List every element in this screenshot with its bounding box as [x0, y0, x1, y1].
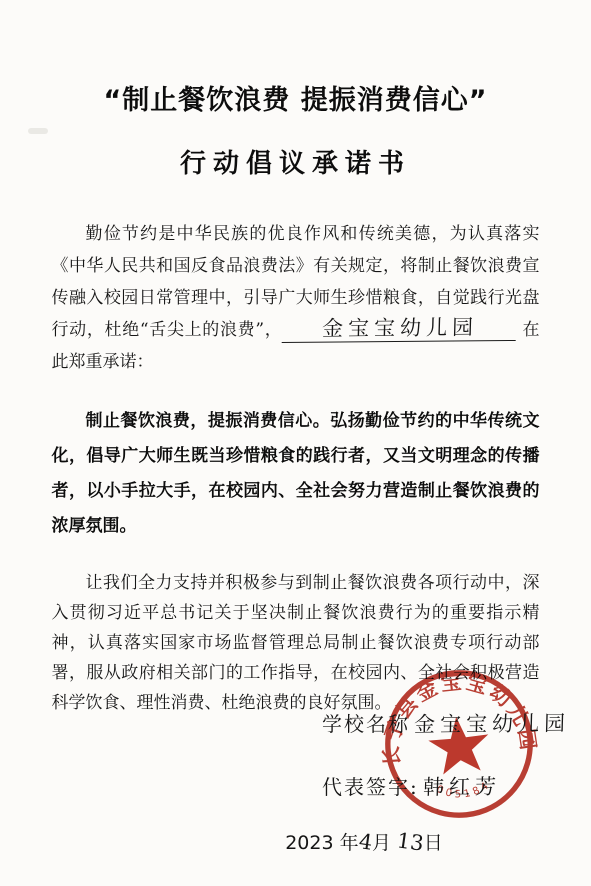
date-month-suffix: 月 [372, 832, 397, 854]
date-year: 2023 年 [285, 832, 358, 854]
signature-block: 学校名称金宝宝幼儿园 代表签字:韩红芳 [322, 708, 570, 800]
representative-signature-label: 代表签字: [322, 775, 419, 799]
school-name-label: 学校名称 [322, 712, 410, 736]
representative-signature-row: 代表签字:韩红芳 [322, 771, 570, 800]
paragraph-2: 制止餐饮浪费，提振消费信心。弘扬勤俭节约的中华传统文化，倡导广大师生既当珍惜粮食… [52, 404, 540, 544]
document-title-line2: 行动倡议承诺书 [0, 143, 591, 180]
date-line: 2023 年4月 13日 [244, 828, 484, 855]
document-body: 勤俭节约是中华民族的优良作风和传统美德，为认真落实《中华人民共和国反食品浪费法》… [52, 218, 540, 718]
date-day-suffix: 日 [424, 832, 443, 854]
date-month-handwritten: 4 [357, 829, 374, 855]
document-title-line1: “制止餐饮浪费 提振消费信心” [0, 0, 591, 117]
handwritten-representative-signature: 韩红芳 [422, 777, 501, 799]
scan-smudge [28, 128, 48, 134]
date-day-handwritten: 13 [395, 828, 425, 855]
handwritten-school-name-fill: 金宝宝幼儿园 [282, 317, 517, 343]
scanned-document-page: “制止餐饮浪费 提振消费信心” 行动倡议承诺书 勤俭节约是中华民族的优良作风和传… [0, 0, 591, 886]
school-name-row: 学校名称金宝宝幼儿园 [322, 708, 570, 737]
paragraph-1: 勤俭节约是中华民族的优良作风和传统美德，为认真落实《中华人民共和国反食品浪费法》… [52, 218, 540, 378]
handwritten-school-name: 金宝宝幼儿园 [414, 713, 571, 735]
